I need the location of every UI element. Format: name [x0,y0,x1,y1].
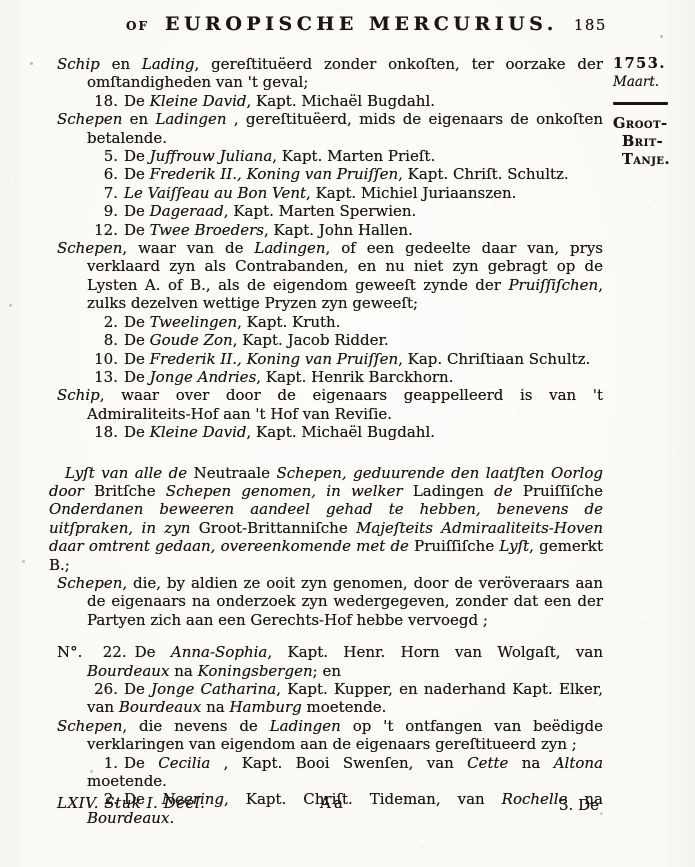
scan-speckles [0,0,3,3]
text-segment: De [124,221,150,239]
text-segment: de [494,482,523,500]
paragraph: Schepen, waar van de Ladingen, of een ge… [57,239,603,313]
text-segment: Jonge Andries [150,368,257,386]
text-segment: De [124,754,158,772]
item-number: 18. [87,92,118,110]
text-segment: De [124,423,150,441]
list-item: 18.De Kleine David, Kapt. Michaël Bugdah… [57,423,603,441]
list-item: 7.Le Vaiſſeau au Bon Vent, Kapt. Michiel… [57,184,603,202]
margin-note-month: Maart. [613,73,691,91]
text-segment: De [124,165,150,183]
text-segment: Cecilia [158,754,210,772]
text-segment: Koningsbergen [198,662,313,680]
item-number: N°. 22. [57,643,127,661]
text-segment: Tweelingen [150,313,237,331]
text-segment: na [169,662,197,680]
item-number: 2. [87,313,118,331]
item-number: 7. [87,184,118,202]
item-number: 1. [87,754,118,772]
running-header: OF EUROPISCHE MERCURIUS. 185 [0,13,695,35]
document-page: OF EUROPISCHE MERCURIUS. 185 Schip en La… [0,0,695,867]
text-segment: Britſche [94,482,166,500]
text-segment: De [124,313,150,331]
margin-note-region: Groot- Brit- Tanje. [613,115,691,169]
text-segment: , Kapt. Michiel Juriaanszen. [306,184,516,202]
margin-region-line: Brit- [613,133,691,151]
text-segment: , Kapt. Booi Swenſen, van [210,754,467,772]
text-segment: Bourdeaux [119,698,201,716]
text-segment: Jonge Catharina [151,680,276,698]
text-segment: , waar over door de eigenaars geappellee… [87,386,603,422]
page-footer: LXIV. Stuk I. Deel. Aa 3. De [57,794,603,812]
text-segment: , die nevens de [122,717,269,735]
text-segment: , Kapt. Chriſt. Schultz. [398,165,569,183]
text-segment: De [124,92,150,110]
text-segment: en [122,110,155,128]
text-segment: na [508,754,553,772]
text-segment: Schip [57,55,100,73]
item-number: 18. [87,423,118,441]
text-segment: Lyſt van alle de [65,464,194,482]
text-segment: Twee Broeders [150,221,264,239]
text-segment: Bourdeaux [87,662,169,680]
text-segment: Anna-Sophia [171,643,267,661]
text-segment: Schepen [57,239,122,257]
list-item: N°. 22.De Anna-Sophia, Kapt. Henr. Horn … [57,643,603,680]
text-segment: moetende. [302,698,387,716]
text-segment: Dageraad [150,202,224,220]
text-segment: Cette [467,754,508,772]
item-number: 5. [87,147,118,165]
margin-region-line: Groot- [613,115,691,133]
text-segment: Lyſt [499,537,529,555]
text-segment: Schepen [57,110,122,128]
item-number: 13. [87,368,118,386]
text-segment: Groot-Brittanniſche [199,519,356,537]
text-segment: Schip [57,386,100,404]
paragraph: Schepen, die nevens de Ladingen op 't on… [57,717,603,754]
text-segment: na [201,698,229,716]
paragraph: Schip, waar over door de eigenaars geapp… [57,386,603,423]
text-segment: De [135,643,171,661]
text-segment: Ladingen [254,239,325,257]
text-segment: Schepen [57,574,122,592]
text-segment: , Kapt. Kruth. [237,313,340,331]
text-segment: , Kapt. Michaël Bugdahl. [247,92,436,110]
margin-notes: 1753. Maart. Groot- Brit- Tanje. [613,55,691,169]
text-segment: ; en [313,662,341,680]
text-segment: , Kapt. Henr. Horn van Wolgaſt, van [267,643,603,661]
list-item: 26.De Jonge Catharina, Kapt. Kupper, en … [57,680,603,717]
text-segment: , Kapt. Henrik Barckhorn. [256,368,453,386]
page-number: 185 [574,16,607,34]
header-prefix: OF [126,19,149,33]
text-segment: De [124,147,150,165]
text-segment: De [124,680,151,698]
paragraph-gap [57,629,603,643]
list-item: 5.De Juffrouw Juliana, Kapt. Marten Prie… [57,147,603,165]
text-segment: , waar van de [122,239,254,257]
text-segment: Ladingen [413,482,494,500]
list-item: 2.De Tweelingen, Kapt. Kruth. [57,313,603,331]
text-segment: , Kapt. Michaël Bugdahl. [247,423,436,441]
paragraph: Schepen, die, by aldien ze ooit zyn geno… [57,574,603,629]
paragraph: Schip en Lading, gereſtituëerd zonder on… [57,55,603,92]
text-segment: De [124,350,150,368]
volume-label: LXIV. Stuk I. Deel. [57,794,205,812]
text-segment: Frederik II., Koning van Pruiſſen [150,350,398,368]
text-segment: moetende. [87,772,167,790]
text-segment: Pruiſſiſchen [508,276,598,294]
text-segment: De [124,331,150,349]
text-segment: Juffrouw Juliana [150,147,273,165]
item-number: 10. [87,350,118,368]
item-number: 9. [87,202,118,220]
text-segment: Altona [554,754,603,772]
page-title: EUROPISCHE MERCURIUS. [165,13,558,35]
item-number: 6. [87,165,118,183]
text-segment: Kleine David [150,92,247,110]
item-number: 12. [87,221,118,239]
paragraph-gap [57,442,603,464]
paragraph: Schepen en Ladingen , gereſtituëerd, mid… [57,110,603,147]
list-item: 8.De Goude Zon, Kapt. Jacob Ridder. [57,331,603,349]
margin-rule [613,102,668,105]
text-segment: , Kapt. John Hallen. [264,221,413,239]
text-segment: De [124,202,150,220]
list-item: 1.De Cecilia , Kapt. Booi Swenſen, van C… [57,754,603,791]
text-segment: Neutraale [194,464,277,482]
margin-region-line: Tanje. [613,151,691,169]
text-segment: Ladingen [270,717,341,735]
text-segment: , Kapt. Marten Sperwien. [224,202,417,220]
text-segment: , Kapt. Marten Prieſt. [272,147,435,165]
text-segment: Pruiſſiſche [414,537,499,555]
list-item: 9.De Dageraad, Kapt. Marten Sperwien. [57,202,603,220]
list-item: 6.De Frederik II., Koning van Pruiſſen, … [57,165,603,183]
text-segment: , die, by aldien ze ooit zyn genomen, do… [87,574,603,629]
text-segment: Goude Zon [150,331,233,349]
text-segment: Schepen genomen, in welker [166,482,413,500]
list-item: 10.De Frederik II., Koning van Pruiſſen,… [57,350,603,368]
text-segment: Frederik II., Koning van Pruiſſen [150,165,398,183]
list-item: 18.De Kleine David, Kapt. Michaël Bugdah… [57,92,603,110]
text-column: Schip en Lading, gereſtituëerd zonder on… [57,55,603,827]
item-number: 8. [87,331,118,349]
text-segment: De [124,368,150,386]
item-number: 26. [87,680,118,698]
margin-note-year: 1753. [613,55,691,73]
text-segment: en [100,55,142,73]
text-segment: Schepen [57,717,122,735]
catchword: 3. De [559,796,599,814]
text-segment: , Kap. Chriſtiaan Schultz. [398,350,590,368]
list-item: 12.De Twee Broeders, Kapt. John Hallen. [57,221,603,239]
list-item: 13.De Jonge Andries, Kapt. Henrik Barckh… [57,368,603,386]
text-segment: Pruiſſiſche [523,482,603,500]
text-segment: Ladingen [155,110,226,128]
signature-mark: Aa [320,794,346,812]
paragraph: Lyſt van alle de Neutraale Schepen, gedu… [49,464,603,574]
text-segment: Kleine David [150,423,247,441]
text-segment: Le Vaiſſeau au Bon Vent [124,184,306,202]
text-segment: Lading [142,55,195,73]
text-segment: , Kapt. Jacob Ridder. [233,331,389,349]
text-segment: Hamburg [229,698,301,716]
